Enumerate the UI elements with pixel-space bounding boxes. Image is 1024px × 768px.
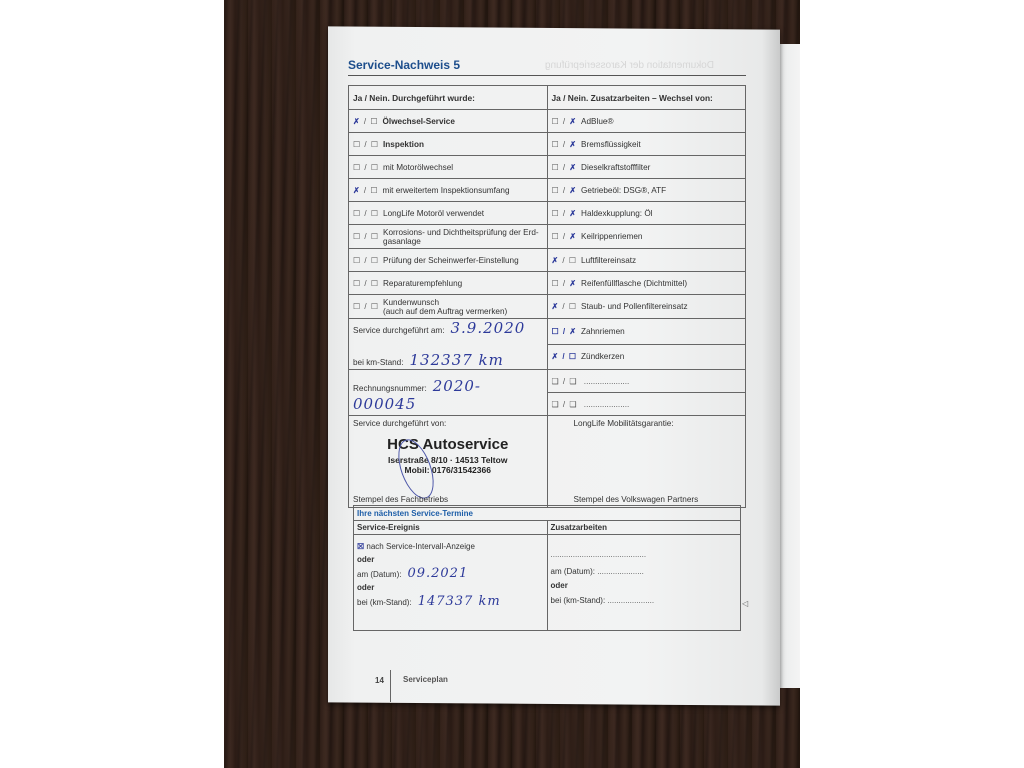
workshop-stamp: HCS Autoservice Iserstraße 8/10 · 14513 …	[349, 436, 547, 475]
extra-row[interactable]: ❑ / ❑ ....................	[547, 393, 746, 416]
checklist-item[interactable]: ☐ / ☐LongLife Motoröl verwendet	[349, 202, 548, 225]
checklist-label: Ölwechsel-Service	[383, 117, 455, 126]
interval-checkbox[interactable]: ☒	[357, 542, 364, 551]
table-row: ☐ / ☐LongLife Motoröl verwendet☐ / ✗Hald…	[349, 202, 746, 225]
extra-row[interactable]: ✗ / ☐Zündkerzen	[547, 344, 746, 370]
bleed-through-text: Dokumentation der Karosserieprüfung	[545, 60, 714, 71]
service-record-table: Ja / Nein. Durchgeführt wurde: Ja / Nein…	[348, 85, 746, 508]
checkbox-pair[interactable]: ☐ / ✗	[552, 327, 578, 336]
checklist-label: Prüfung der Scheinwerfer-Einstellung	[383, 256, 519, 265]
checklist-item[interactable]: ☐ / ✗Haldexkupplung: Öl	[547, 202, 746, 225]
checklist-label: Reifenfüllflasche (Dichtmittel)	[581, 279, 687, 288]
extra-blank: ....................	[584, 400, 630, 409]
checkbox-pair[interactable]: ☐ / ✗	[552, 117, 578, 126]
checklist-label: Getriebeöl: DSG®, ATF	[581, 186, 666, 195]
checklist-item[interactable]: ☐ / ✗Bremsflüssigkeit	[547, 133, 746, 156]
checklist-item[interactable]: ☐ / ✗Reifenfüllflasche (Dichtmittel)	[547, 272, 746, 295]
checklist-label: Inspektion	[383, 140, 424, 149]
checklist-item[interactable]: ☐ / ☐Reparaturempfehlung	[349, 272, 548, 295]
checklist-label: mit erweitertem Inspektionsumfang	[383, 186, 510, 195]
checkbox-pair[interactable]: ☐ / ✗	[552, 279, 578, 288]
extra-blank: ....................	[584, 377, 630, 386]
checkbox-pair[interactable]: ☐ / ☐	[353, 209, 379, 218]
checkbox-pair[interactable]: ☐ / ☐	[353, 232, 379, 241]
stamp-label-partner: Stempel des Volkswagen Partners	[574, 495, 699, 504]
invoice-value[interactable]: 2020-000045	[353, 377, 481, 413]
table-row: ☐ / ☐mit Motorölwechsel☐ / ✗Dieselkrafts…	[349, 156, 746, 179]
checkbox-pair[interactable]: ☐ / ☐	[353, 256, 379, 265]
title-divider	[348, 75, 746, 76]
next-service-title: Ihre nächsten Service-Termine	[354, 506, 741, 521]
next-service-table: Ihre nächsten Service-Termine Service-Er…	[353, 505, 741, 631]
checklist-label: Bremsflüssigkeit	[581, 140, 641, 149]
checklist-item[interactable]: ✗ / ☐Ölwechsel-Service	[349, 110, 548, 133]
checklist-label: Keilrippenriemen	[581, 232, 642, 241]
stamp-phone: Mobil: 0176/31542366	[349, 465, 547, 475]
service-date-label: Service durchgeführt am:	[353, 326, 444, 335]
next-km-value[interactable]: 147337 km	[418, 594, 501, 609]
checkbox-pair[interactable]: ✗ / ☐	[552, 256, 578, 265]
stamp-address: Iserstraße 8/10 · 14513 Teltow	[349, 455, 547, 465]
checkbox-pair[interactable]: ☐ / ☐	[353, 140, 379, 149]
stamp-company: HCS Autoservice	[349, 436, 547, 453]
workshop-stamp-cell: Service durchgeführt von: HCS Autoservic…	[349, 416, 548, 508]
service-date-cell: Service durchgeführt am:3.9.2020 bei km-…	[349, 319, 548, 370]
km-label: bei km-Stand:	[353, 358, 404, 367]
invoice-cell: Rechnungsnummer:2020-000045	[349, 370, 548, 416]
checklist-label: mit Motorölwechsel	[383, 163, 453, 172]
checkbox-pair[interactable]: ✗ / ☐	[353, 186, 379, 195]
footer-divider	[390, 670, 391, 702]
oder-label: oder	[357, 555, 544, 565]
right-km-blank[interactable]: .....................	[607, 596, 654, 605]
checklist-label: Reparaturempfehlung	[383, 279, 462, 288]
oder-label: oder	[357, 583, 544, 593]
checklist-label: Dieselkraftstofffilter	[581, 163, 650, 172]
checklist-item[interactable]: ☐ / ☐Kundenwunsch(auch auf dem Auftrag v…	[349, 295, 548, 319]
checkbox-pair[interactable]: ☐ / ✗	[552, 186, 578, 195]
checkbox-pair[interactable]: ✗ / ☐	[353, 117, 379, 126]
extra-label: Zündkerzen	[581, 352, 624, 361]
table-row: ☐ / ☐Korrosions- und Dichtheitsprüfung d…	[349, 225, 746, 249]
additional-work-cell: ........................................…	[547, 535, 741, 631]
checklist-label: Korrosions- und Dichtheitsprüfung der Er…	[383, 228, 539, 246]
checkbox-pair[interactable]: ✗ / ☐	[552, 302, 578, 311]
checkbox-pair[interactable]: ☐ / ☐	[353, 279, 379, 288]
checklist-label: Kundenwunsch(auch auf dem Auftrag vermer…	[383, 298, 507, 316]
checklist-item[interactable]: ☐ / ✗Keilrippenriemen	[547, 225, 746, 249]
km-value[interactable]: 132337 km	[410, 351, 504, 369]
table-row: ✗ / ☐mit erweitertem Inspektionsumfang☐ …	[349, 179, 746, 202]
service-event-cell: ☒ nach Service-Intervall-Anzeige oder am…	[354, 535, 548, 631]
oder-label: oder	[551, 580, 738, 592]
right-km-label: bei (km-Stand):	[551, 596, 606, 605]
checkbox-pair[interactable]: ☐ / ✗	[552, 140, 578, 149]
page-title: Service-Nachweis 5	[348, 58, 460, 72]
next-date-value[interactable]: 09.2021	[407, 566, 468, 581]
checklist-label: LongLife Motoröl verwendet	[383, 209, 484, 218]
next-date-label: am (Datum):	[357, 570, 401, 579]
checkbox-pair[interactable]: ✗ / ☐	[552, 352, 578, 361]
next-km-label: bei (km-Stand):	[357, 598, 412, 607]
checklist-item[interactable]: ☐ / ☐mit Motorölwechsel	[349, 156, 548, 179]
checkbox-pair[interactable]: ☐ / ✗	[552, 232, 578, 241]
additional-work-blank[interactable]: ........................................…	[551, 546, 738, 563]
invoice-label: Rechnungsnummer:	[353, 384, 427, 393]
checkbox-pair[interactable]: ☐ / ✗	[552, 209, 578, 218]
performed-by-label: Service durchgeführt von:	[353, 419, 446, 428]
checklist-label: Haldexkupplung: Öl	[581, 209, 652, 218]
col-service-event: Service-Ereignis	[354, 521, 548, 535]
extra-label: Zahnriemen	[581, 327, 625, 336]
checklist-item[interactable]: ☐ / ✗Dieselkraftstofffilter	[547, 156, 746, 179]
service-date-value[interactable]: 3.9.2020	[450, 319, 525, 337]
longlife-label: LongLife Mobilitätsgarantie:	[574, 419, 674, 428]
col-additional-work: Zusatzarbeiten	[547, 521, 741, 535]
checkbox-pair[interactable]: ☐ / ☐	[353, 302, 379, 311]
checklist-label: Staub- und Pollenfiltereinsatz	[581, 302, 688, 311]
table-row: ☐ / ☐Inspektion☐ / ✗Bremsflüssigkeit	[349, 133, 746, 156]
partner-stamp-cell: LongLife Mobilitätsgarantie: Stempel des…	[547, 416, 746, 508]
right-date-label: am (Datum):	[551, 567, 595, 576]
checklist-item[interactable]: ☐ / ✗Getriebeöl: DSG®, ATF	[547, 179, 746, 202]
page-number: 14	[375, 676, 384, 685]
arrow-left-icon: ◁	[742, 599, 748, 608]
checklist-label: AdBlue®	[581, 117, 613, 126]
stamp-label-workshop: Stempel des Fachbetriebs	[353, 495, 448, 504]
checklist-item[interactable]: ✗ / ☐Staub- und Pollenfiltereinsatz	[547, 295, 746, 319]
checklist-item[interactable]: ☐ / ☐Korrosions- und Dichtheitsprüfung d…	[349, 225, 548, 249]
checklist-label: Luftfiltereinsatz	[581, 256, 636, 265]
checkbox-pair[interactable]: ❑ / ❑	[552, 400, 578, 409]
table-row: ☐ / ☐Prüfung der Scheinwerfer-Einstellun…	[349, 249, 746, 272]
right-date-blank[interactable]: .....................	[597, 567, 644, 576]
checkbox-pair[interactable]: ☐ / ✗	[552, 163, 578, 172]
checklist-item[interactable]: ☐ / ☐Prüfung der Scheinwerfer-Einstellun…	[349, 249, 548, 272]
checklist-item[interactable]: ✗ / ☐mit erweitertem Inspektionsumfang	[349, 179, 548, 202]
header-performed: Ja / Nein. Durchgeführt wurde:	[349, 86, 548, 110]
extra-row[interactable]: ❑ / ❑ ....................	[547, 370, 746, 393]
interval-label: nach Service-Intervall-Anzeige	[366, 542, 475, 551]
checkbox-pair[interactable]: ❑ / ❑	[552, 377, 578, 386]
footer-section: Serviceplan	[403, 675, 448, 684]
table-row: ☐ / ☐Reparaturempfehlung☐ / ✗Reifenfüllf…	[349, 272, 746, 295]
checklist-item[interactable]: ☐ / ☐Inspektion	[349, 133, 548, 156]
checklist-item[interactable]: ☐ / ✗AdBlue®	[547, 110, 746, 133]
checklist-item[interactable]: ✗ / ☐Luftfiltereinsatz	[547, 249, 746, 272]
checkbox-pair[interactable]: ☐ / ☐	[353, 163, 379, 172]
table-row: ✗ / ☐Ölwechsel-Service☐ / ✗AdBlue®	[349, 110, 746, 133]
table-row: ☐ / ☐Kundenwunsch(auch auf dem Auftrag v…	[349, 295, 746, 319]
header-additional-work: Ja / Nein. Zusatzarbeiten – Wechsel von:	[547, 86, 746, 110]
extra-row[interactable]: ☐ / ✗Zahnriemen	[547, 319, 746, 345]
